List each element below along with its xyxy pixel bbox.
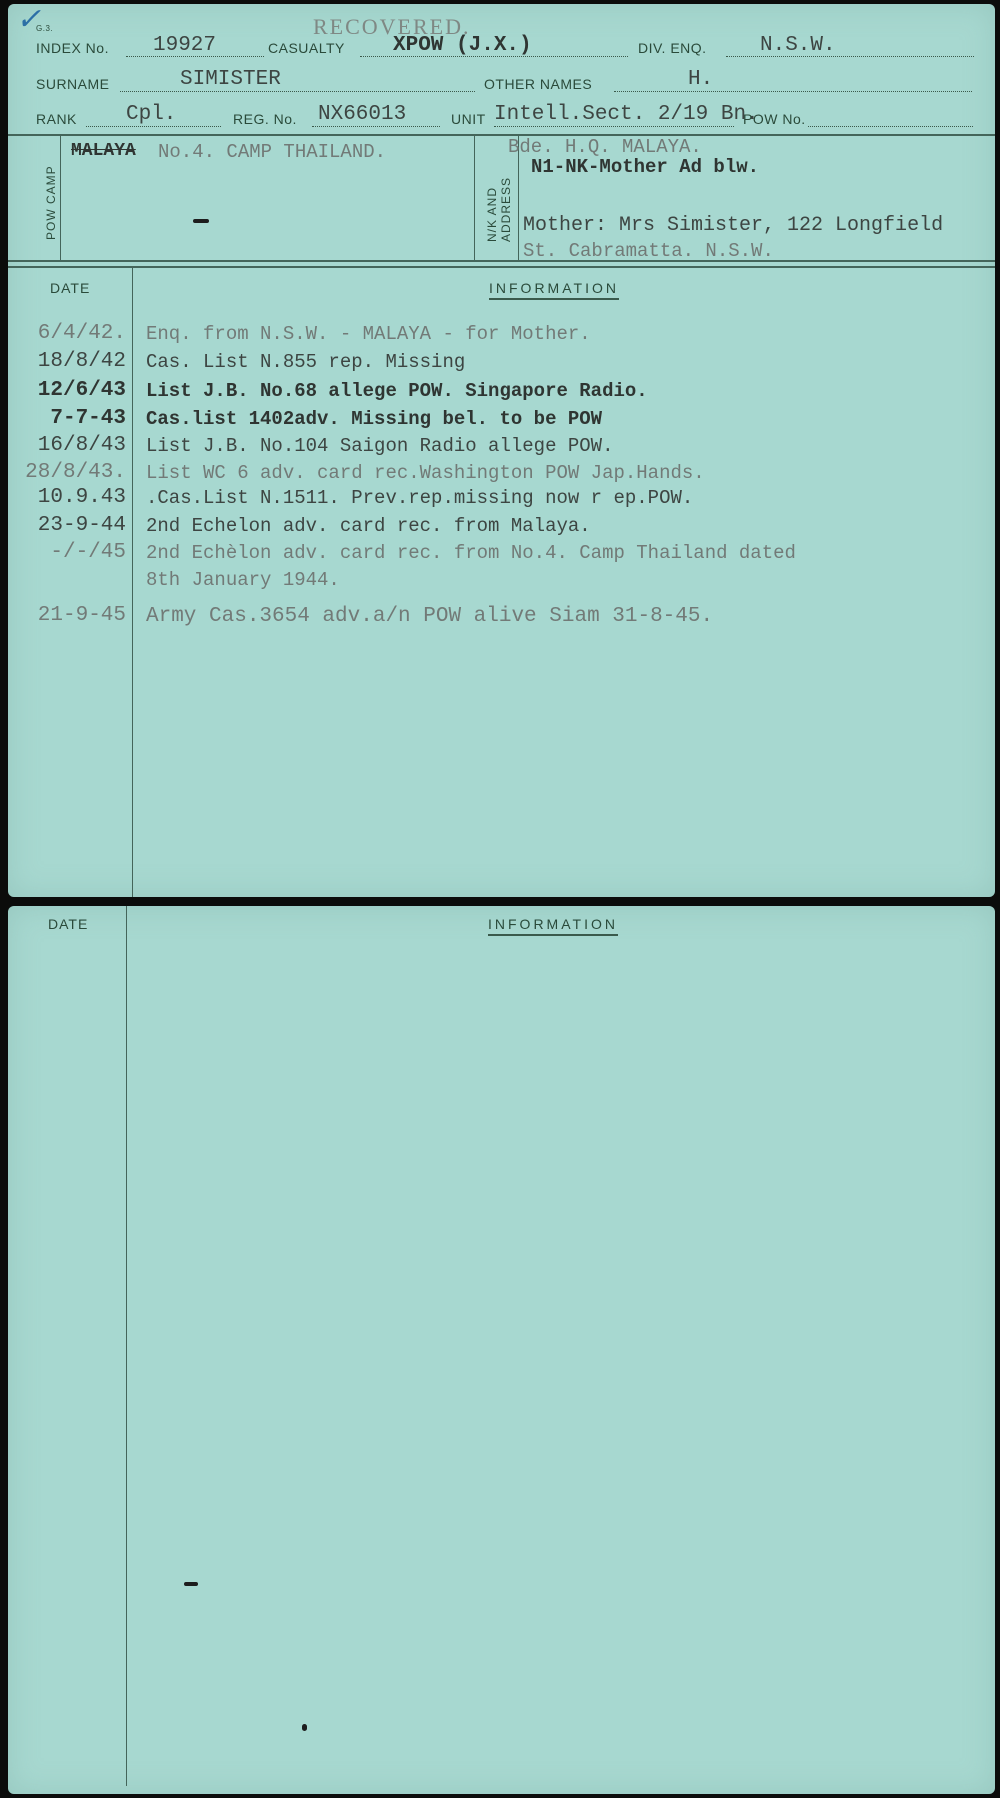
log-date: 16/8/43: [8, 434, 126, 457]
dotted-line: [494, 126, 734, 127]
form-code: G.3.: [36, 24, 53, 33]
ink-speck: [184, 1582, 198, 1586]
log-date: 23-9-44: [8, 514, 126, 537]
reg-no-label: REG. No.: [233, 111, 297, 127]
date-header: DATE: [50, 280, 90, 296]
nk-address-line: Mother: Mrs Simister, 122 Longfield: [523, 214, 943, 237]
index-no-value: 19927: [153, 34, 216, 57]
log-entry: Cas. List N.855 rep. Missing: [146, 351, 465, 373]
log-date: 10.9.43: [8, 486, 126, 509]
surname-label: SURNAME: [36, 76, 110, 92]
casualty-value: XPOW (J.X.): [393, 34, 532, 57]
dotted-line: [120, 91, 475, 92]
pow-camp-struck-value: MALAYA: [71, 141, 136, 161]
rank-value: Cpl.: [126, 103, 176, 126]
dotted-line: [808, 126, 973, 127]
surname-value: SIMISTER: [180, 68, 281, 91]
reg-no-value: NX66013: [318, 103, 406, 126]
div-enq-label: DIV. ENQ.: [638, 40, 707, 56]
log-entry: 8th January 1944.: [146, 569, 340, 591]
dotted-line: [614, 91, 972, 92]
nk-address-line: N1-NK-Mother Ad blw.: [531, 156, 759, 178]
log-date: 18/8/42: [8, 350, 126, 373]
record-card-front: ✓ G.3. RECOVERED. INDEX No. 19927 CASUAL…: [8, 4, 995, 897]
rank-label: RANK: [36, 111, 77, 127]
record-card-back: DATE INFORMATION: [8, 906, 995, 1794]
divider: [474, 134, 475, 260]
other-names-label: OTHER NAMES: [484, 76, 592, 92]
other-names-value: H.: [688, 68, 713, 91]
ink-speck: [193, 219, 209, 223]
information-header: INFORMATION: [489, 280, 619, 300]
divider: [8, 260, 995, 262]
date-column-divider: [132, 266, 133, 897]
divider: [8, 266, 995, 268]
nk-label-line1: N/K AND: [485, 187, 499, 242]
log-date: 6/4/42.: [8, 322, 126, 345]
date-column-divider: [126, 906, 127, 1786]
log-entry: .Cas.List N.1511. Prev.rep.missing now r…: [146, 487, 693, 509]
nk-label-line2: ADDRESS: [499, 177, 513, 242]
index-no-label: INDEX No.: [36, 40, 109, 56]
log-entry: Army Cas.3654 adv.a/n POW alive Siam 31-…: [146, 605, 713, 628]
divider: [8, 134, 995, 136]
log-entry: Enq. from N.S.W. - MALAYA - for Mother.: [146, 323, 591, 345]
pow-no-label: POW No.: [743, 111, 806, 127]
ink-speck: [302, 1724, 307, 1731]
nk-address-line: Bde. H.Q. MALAYA.: [508, 136, 702, 158]
log-entry: 2nd Echèlon adv. card rec. from No.4. Ca…: [146, 542, 796, 564]
dotted-line: [312, 126, 440, 127]
log-date: 28/8/43.: [8, 461, 126, 484]
log-date: 21-9-45: [8, 604, 126, 627]
log-entry: 2nd Echelon adv. card rec. from Malaya.: [146, 515, 591, 537]
log-date: 12/6/43: [8, 379, 126, 402]
log-date: 7-7-43: [8, 407, 126, 430]
log-entry: List J.B. No.68 allege POW. Singapore Ra…: [146, 380, 648, 402]
date-header: DATE: [48, 916, 88, 932]
div-enq-value: N.S.W.: [760, 34, 836, 57]
unit-label: UNIT: [451, 111, 486, 127]
information-header: INFORMATION: [488, 916, 618, 936]
log-entry: List WC 6 adv. card rec.Washington POW J…: [146, 462, 705, 484]
pow-camp-label: POW CAMP: [44, 165, 58, 240]
pow-camp-value: No.4. CAMP THAILAND.: [158, 141, 386, 163]
dotted-line: [86, 126, 221, 127]
unit-value: Intell.Sect. 2/19 Bn.: [494, 103, 759, 126]
log-date: -/-/45: [8, 541, 126, 564]
casualty-label: CASUALTY: [268, 40, 345, 56]
log-entry: List J.B. No.104 Saigon Radio allege POW…: [146, 435, 613, 457]
divider: [60, 134, 61, 260]
log-entry: Cas.list 1402adv. Missing bel. to be POW: [146, 408, 602, 430]
nk-address-line: St. Cabramatta. N.S.W.: [523, 240, 774, 262]
